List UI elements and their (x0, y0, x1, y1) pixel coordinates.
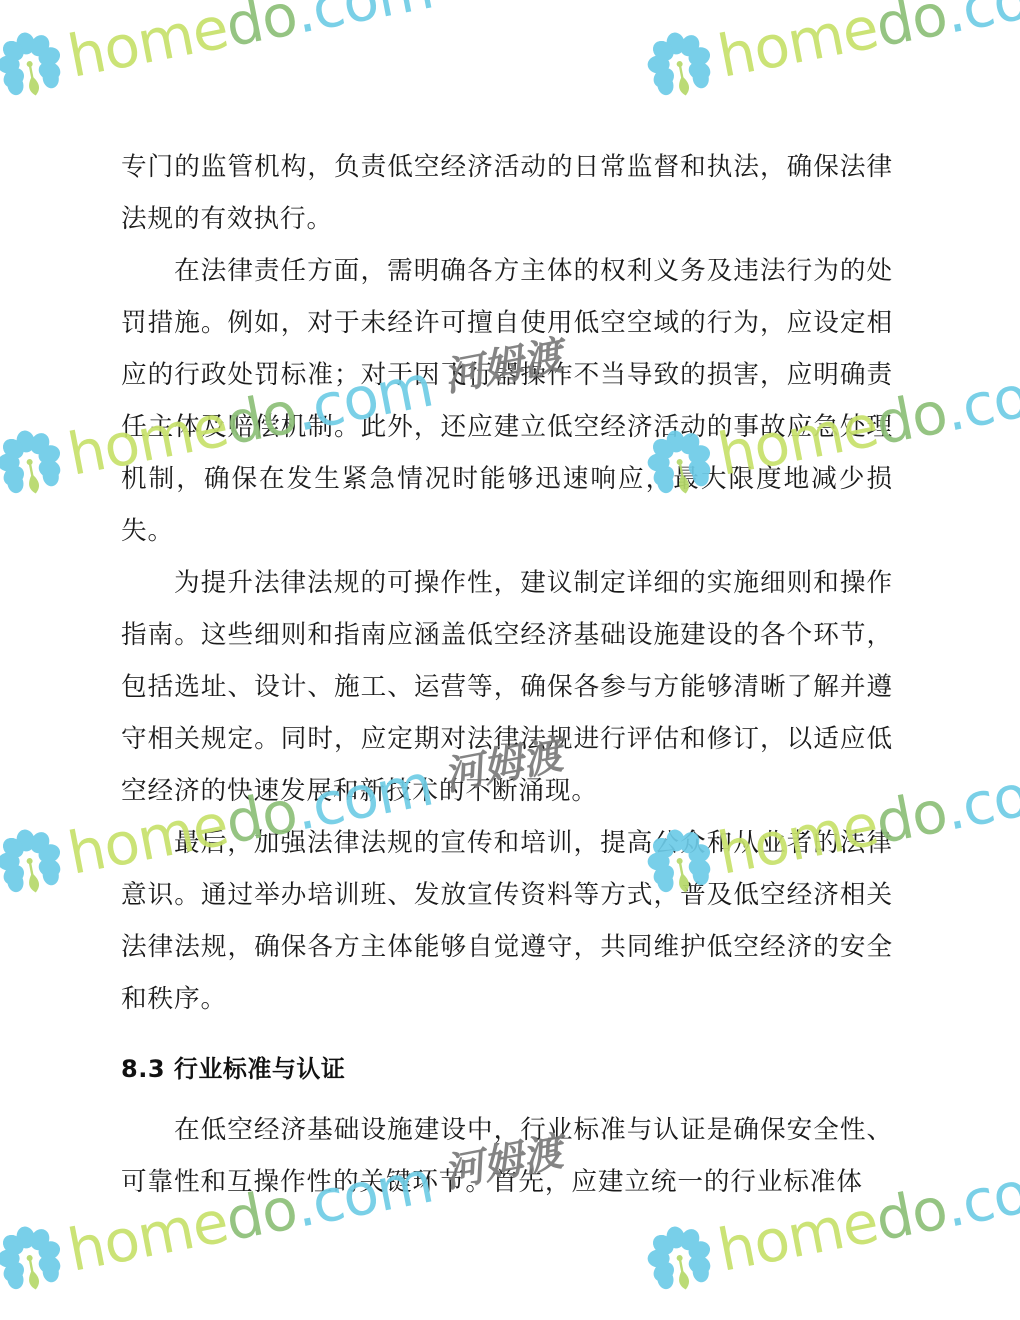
watermark-com-text: .com (940, 756, 1020, 839)
watermark-com-text: .com (940, 1153, 1020, 1236)
document-body: 专门的监管机构，负责低空经济活动的日常监督和执法，确保法律法规的有效执行。 在法… (121, 141, 893, 1208)
watermark-home-text: home (714, 0, 883, 86)
watermark-com-text: .com (940, 0, 1020, 42)
flower-logo-icon (0, 1220, 70, 1300)
watermark-chinese-text: 河姆渡 (440, 0, 567, 5)
watermark-com-text: .com (940, 357, 1020, 440)
watermark: homedo.com 河姆渡 (0, 0, 568, 100)
watermark-do-text: do (871, 0, 951, 55)
watermark-home-text: home (64, 0, 233, 86)
paragraph: 在低空经济基础设施建设中，行业标准与认证是确保安全性、可靠性和互操作性的关键环节… (121, 1104, 893, 1208)
paragraph: 为提升法律法规的可操作性，建议制定详细的实施细则和操作指南。这些细则和指南应涵盖… (121, 557, 893, 817)
document-page: 专门的监管机构，负责低空经济活动的日常监督和执法，确保法律法规的有效执行。 在法… (0, 0, 1020, 1320)
watermark-com-text: .com (290, 0, 437, 42)
paragraph: 专门的监管机构，负责低空经济活动的日常监督和执法，确保法律法规的有效执行。 (121, 141, 893, 245)
paragraph: 最后，加强法律法规的宣传和培训，提高公众和从业者的法律意识。通过举办培训班、发放… (121, 817, 893, 1025)
flower-logo-icon (0, 823, 70, 903)
flower-logo-icon (0, 26, 70, 106)
section-heading: 8.3 行业标准与认证 (121, 1044, 893, 1094)
watermark-do-text: do (221, 0, 301, 55)
watermark: homedo.com 河姆渡 (640, 0, 1020, 100)
flower-logo-icon (640, 26, 720, 106)
flower-logo-icon (0, 424, 70, 504)
flower-logo-icon (640, 1220, 720, 1300)
paragraph: 在法律责任方面，需明确各方主体的权利义务及违法行为的处罚措施。例如，对于未经许可… (121, 245, 893, 557)
